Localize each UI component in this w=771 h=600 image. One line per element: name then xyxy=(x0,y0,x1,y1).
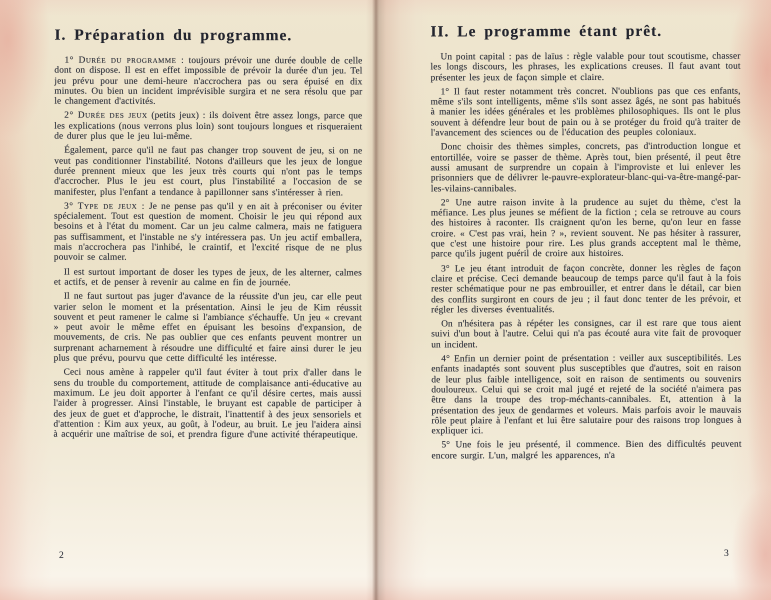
paragraph: 3° Type de jeux : Je ne pense pas qu'il … xyxy=(54,201,362,264)
paragraph: On n'hésitera pas à répéter les consigne… xyxy=(431,319,741,351)
paragraph: 2° Durée des jeux (petits jeux) : ils do… xyxy=(54,111,362,143)
paragraph-text: Donc choisir des thèmes simples, concret… xyxy=(431,142,741,194)
paragraph: Également, parce qu'il ne faut pas chang… xyxy=(54,146,362,198)
paragraph: Un point capital : pas de laïus : règle … xyxy=(430,52,740,84)
paragraph-lead: 2° Durée des jeux xyxy=(64,111,147,121)
paragraph-text: Il est surtout important de doser les ty… xyxy=(54,267,362,288)
right-page-title: II. Le programme étant prêt. xyxy=(430,23,740,42)
book-scan: I. Préparation du programme. 1° Durée du… xyxy=(0,0,771,600)
page-number-left: 2 xyxy=(59,551,64,561)
paragraph: 5° Une fois le jeu présenté, il commence… xyxy=(432,440,742,461)
paragraph-text: Je ne pense pas qu'il y en ait à préconi… xyxy=(54,202,362,263)
paragraph-text: Il ne faut surtout pas juger d'avance de… xyxy=(54,292,362,364)
paragraph: 4° Enfin un dernier point de présentatio… xyxy=(431,354,741,437)
paragraph-lead: 3° Type de jeux : xyxy=(64,201,145,211)
page-edge-tint-bottom xyxy=(0,576,771,600)
paragraph-lead: 1° Durée du programme : xyxy=(64,56,184,66)
paragraph-text: 2° Une autre raison invite à la prudence… xyxy=(431,197,741,259)
paragraph: 3° Le jeu étant introduit de façon concr… xyxy=(431,263,741,315)
paragraph: 1° Durée du programme : toujours prévoir… xyxy=(54,56,362,108)
paragraph: Il est surtout important de doser les ty… xyxy=(54,267,362,288)
paragraph-text: Également, parce qu'il ne faut pas chang… xyxy=(54,146,362,198)
book-gutter-shadow xyxy=(366,0,428,600)
paragraph: Donc choisir des thèmes simples, concret… xyxy=(431,142,741,194)
paragraph: Il ne faut surtout pas juger d'avance de… xyxy=(54,292,362,365)
page-left: I. Préparation du programme. 1° Durée du… xyxy=(53,27,362,445)
page-edge-tint-left xyxy=(0,0,52,600)
paragraph: Ceci nous amène à rappeler qu'il faut év… xyxy=(53,368,361,441)
paragraph-text: 3° Le jeu étant introduit de façon concr… xyxy=(431,263,741,315)
page-edge-tint-top xyxy=(0,0,771,16)
paragraph-text: 4° Enfin un dernier point de présentatio… xyxy=(431,354,741,437)
paragraph-text: On n'hésitera pas à répéter les consigne… xyxy=(431,319,741,350)
paragraph: 1° Il faut rester notamment très concret… xyxy=(431,86,741,138)
paragraph: 2° Une autre raison invite à la prudence… xyxy=(431,197,741,260)
paragraph-text: Ceci nous amène à rappeler qu'il faut év… xyxy=(53,368,361,441)
paragraph-text: 1° Il faut rester notamment très concret… xyxy=(431,86,741,138)
left-page-title: I. Préparation du programme. xyxy=(54,27,362,46)
page-number-right: 3 xyxy=(724,549,729,559)
paragraph-text: Un point capital : pas de laïus : règle … xyxy=(431,52,741,83)
paragraph-text: 5° Une fois le jeu présenté, il commence… xyxy=(432,440,742,461)
page-right: II. Le programme étant prêt. Un point ca… xyxy=(430,23,741,466)
